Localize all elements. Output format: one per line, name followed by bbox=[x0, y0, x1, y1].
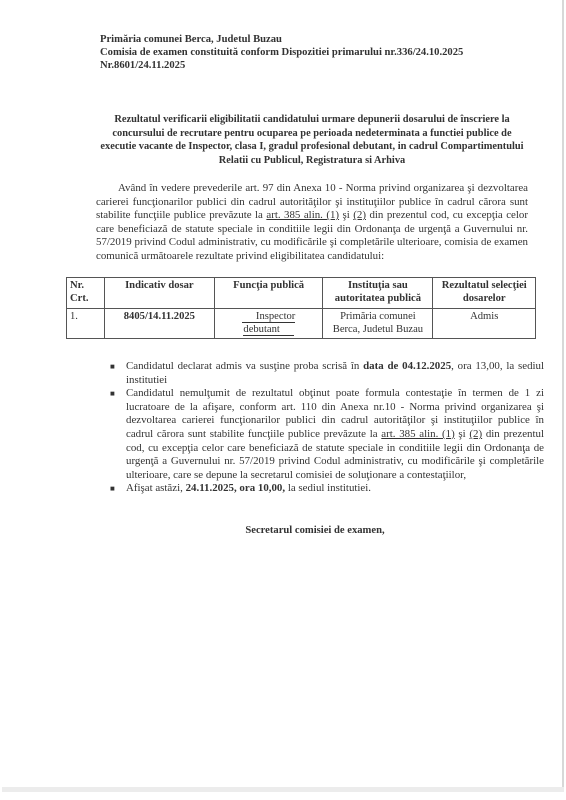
note-text: Candidatul declarat admis va susţine pro… bbox=[126, 360, 363, 372]
document-header: Primăria comunei Berca, Judetul Buzau Co… bbox=[100, 33, 463, 72]
list-item: ■Candidatul nemulţumit de rezultatul obţ… bbox=[126, 387, 544, 482]
col-institution: Instituţia sau autoritatea publică bbox=[323, 278, 433, 309]
page-edge bbox=[2, 787, 564, 792]
col-result: Rezultatul selecţiei dosarelor bbox=[433, 278, 536, 309]
document-title: Rezultatul verificarii eligibilitatii ca… bbox=[96, 113, 528, 167]
position-text: Inspector debutant bbox=[242, 311, 295, 336]
col-file-id: Indicativ dosar bbox=[104, 278, 214, 309]
table-header-row: Nr. Crt. Indicativ dosar Funcţia publică… bbox=[67, 278, 536, 309]
cell-result: Admis bbox=[433, 309, 536, 339]
cell-position: Inspector debutant bbox=[214, 309, 323, 339]
bullet-icon: ■ bbox=[110, 482, 115, 496]
registration-number: Nr.8601/24.11.2025 bbox=[100, 59, 463, 72]
notes-list: ■Candidatul declarat admis va susţine pr… bbox=[110, 360, 544, 496]
law-reference-link: (2) bbox=[353, 209, 366, 221]
cell-file-id: 8405/14.11.2025 bbox=[104, 309, 214, 339]
bullet-icon: ■ bbox=[110, 387, 115, 401]
cell-institution: Primăria comunei Berca, Judetul Buzau bbox=[323, 309, 433, 339]
note-text: Afişat astăzi, bbox=[126, 482, 186, 494]
law-reference-link: art. 385 alin. (1) bbox=[266, 209, 339, 221]
law-reference-link: art. 385 alin. (1) bbox=[381, 428, 454, 440]
page-edge bbox=[562, 0, 564, 790]
bullet-icon: ■ bbox=[110, 360, 115, 374]
results-table: Nr. Crt. Indicativ dosar Funcţia publică… bbox=[66, 277, 536, 339]
col-nr: Nr. Crt. bbox=[67, 278, 105, 309]
exam-date: data de 04.12.2025 bbox=[363, 360, 451, 372]
note-text: şi bbox=[455, 428, 470, 440]
commission-line: Comisia de examen constituită conform Di… bbox=[100, 46, 463, 59]
table-row: 1. 8405/14.11.2025 Inspector debutant Pr… bbox=[67, 309, 536, 339]
cell-nr: 1. bbox=[67, 309, 105, 339]
law-reference-link: (2) bbox=[469, 428, 482, 440]
signature-line: Secretarul comisiei de examen, bbox=[100, 525, 530, 536]
posted-date: 24.11.2025, ora 10,00, bbox=[186, 482, 286, 494]
list-item: ■Candidatul declarat admis va susţine pr… bbox=[126, 360, 544, 387]
list-item: ■Afişat astăzi, 24.11.2025, ora 10,00, l… bbox=[126, 482, 544, 496]
col-position: Funcţia publică bbox=[214, 278, 323, 309]
note-text: la sediul institutiei. bbox=[285, 482, 371, 494]
institution-name: Primăria comunei Berca, Judetul Buzau bbox=[100, 33, 463, 46]
intro-paragraph: Având în vedere prevederile art. 97 din … bbox=[96, 182, 528, 264]
intro-text: şi bbox=[339, 209, 353, 221]
